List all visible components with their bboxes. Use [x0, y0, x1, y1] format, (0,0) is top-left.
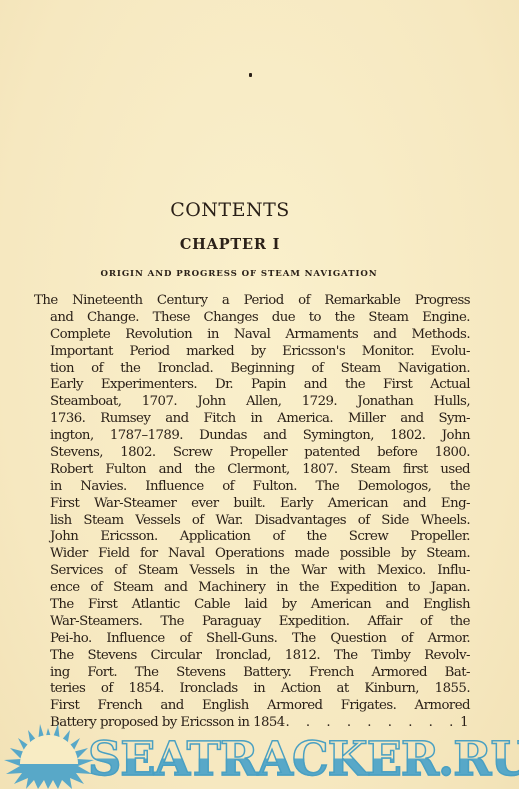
- summary-line: First French and English Armored Frigate…: [34, 698, 470, 715]
- summary-line: in Navies. Influence of Fulton. The Demo…: [34, 479, 470, 496]
- summary-line: Stevens, 1802. Screw Propeller patented …: [34, 445, 470, 462]
- page-title: CONTENTS: [0, 199, 460, 221]
- chapter-summary: The Nineteenth Century a Period of Remar…: [34, 293, 470, 732]
- watermark-text: SEATRACKER.RU: [88, 732, 519, 787]
- summary-line: Steamboat, 1707. John Allen, 1729. Jonat…: [34, 394, 470, 411]
- summary-line: The Nineteenth Century a Period of Remar…: [34, 293, 470, 310]
- summary-line: ington, 1787–1789. Dundas and Symington,…: [34, 428, 470, 445]
- summary-line: War-Steamers. The Paraguay Expedition. A…: [34, 614, 470, 631]
- summary-line: Robert Fulton and the Clermont, 1807. St…: [34, 462, 470, 479]
- summary-line: lish Steam Vessels of War. Disadvantages…: [34, 513, 470, 530]
- summary-line: Services of Steam Vessels in the War wit…: [34, 563, 470, 580]
- summary-line: 1736. Rumsey and Fitch in America. Mille…: [34, 411, 470, 428]
- summary-line: ence of Steam and Machinery in the Exped…: [34, 580, 470, 597]
- summary-line: John Ericsson. Application of the Screw …: [34, 529, 470, 546]
- summary-line: Early Experimenters. Dr. Papin and the F…: [34, 377, 470, 394]
- watermark: SEATRACKER.RU: [0, 720, 519, 789]
- chapter-heading: CHAPTER I: [0, 236, 460, 253]
- ink-speck: [249, 73, 252, 77]
- summary-line: The Stevens Circular Ironclad, 1812. The…: [34, 648, 470, 665]
- sun-icon: [0, 720, 100, 789]
- summary-line: First War-Steamer ever built. Early Amer…: [34, 496, 470, 513]
- summary-line: ing Fort. The Stevens Battery. French Ar…: [34, 665, 470, 682]
- summary-line: Complete Revolution in Naval Armaments a…: [34, 327, 470, 344]
- summary-line: Pei-ho. Influence of Shell-Guns. The Que…: [34, 631, 470, 648]
- chapter-subtitle: ORIGIN AND PROGRESS OF STEAM NAVIGATION: [79, 269, 399, 279]
- summary-line: Wider Field for Naval Operations made po…: [34, 546, 470, 563]
- summary-line: teries of 1854. Ironclads in Action at K…: [34, 681, 470, 698]
- summary-line: tion of the Ironclad. Beginning of Steam…: [34, 361, 470, 378]
- summary-line: Important Period marked by Ericsson's Mo…: [34, 344, 470, 361]
- summary-line: The First Atlantic Cable laid by America…: [34, 597, 470, 614]
- summary-line: and Change. These Changes due to the Ste…: [34, 310, 470, 327]
